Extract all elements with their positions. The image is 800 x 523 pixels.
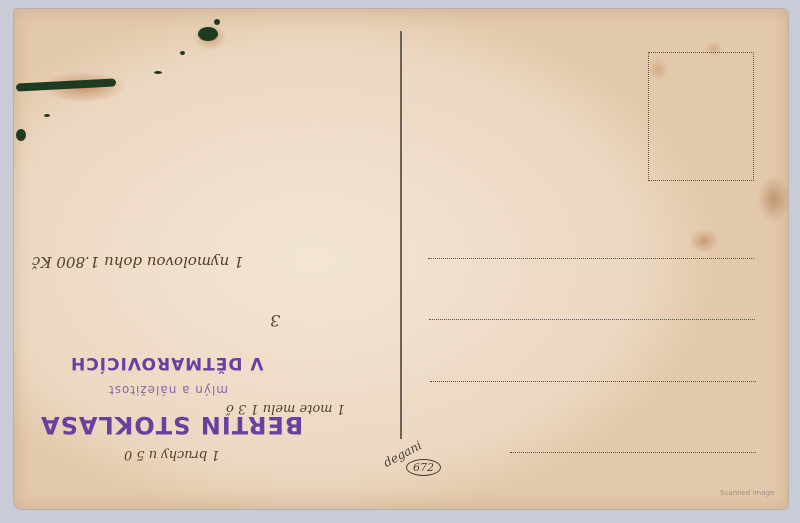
stamp-line-2: mlýn a náležitost <box>108 383 228 397</box>
handwritten-note-row2: 3 <box>270 311 280 330</box>
ink-blot <box>16 129 26 141</box>
handwritten-note-row4: 1 bruchy u 5 0 <box>124 447 220 462</box>
ink-blot <box>214 19 220 25</box>
handwritten-note-row1: 1 nymolovou dohu 1.800 Kč <box>32 253 244 271</box>
address-line-4 <box>510 452 756 453</box>
ink-blot <box>44 114 50 117</box>
address-line-2 <box>429 319 755 320</box>
stamp-line-3: V DĚTMAROVICÍCH <box>70 353 264 373</box>
stamp-placeholder-box <box>648 52 754 181</box>
ink-blot <box>154 71 162 74</box>
address-line-3 <box>430 381 756 382</box>
address-line-1 <box>428 258 754 259</box>
publisher-number: 672 <box>406 459 441 476</box>
ink-blot <box>16 78 116 91</box>
postcard-back: 1 nymolovou dohu 1.800 Kč 3 1 mote melu … <box>14 9 788 509</box>
ink-blot <box>198 27 218 41</box>
scan-watermark: Scanned image <box>720 489 774 497</box>
stamp-line-1: BERTIN STOKLASA <box>40 411 303 439</box>
ink-blot <box>180 51 185 55</box>
center-divider <box>400 31 402 439</box>
